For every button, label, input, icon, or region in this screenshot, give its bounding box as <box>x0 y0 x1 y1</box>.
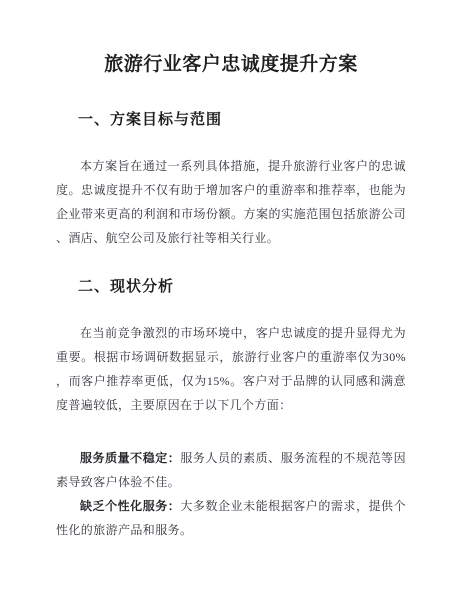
section-2-paragraph: 在当前竞争激烈的市场环境中，客户忠诚度的提升显得尤为重要。根据市场调研数据显示，… <box>56 321 406 417</box>
document-content: 旅游行业客户忠诚度提升方案 一、方案目标与范围 本方案旨在通过一系列具体措施，提… <box>0 51 463 542</box>
issue-item: 服务质量不稳定：服务人员的素质、服务流程的不规范等因素导致客户体验不佳。 <box>56 446 406 494</box>
section-2-heading: 二、现状分析 <box>78 276 406 298</box>
section-1-paragraph: 本方案旨在通过一系列具体措施，提升旅游行业客户的忠诚度。忠诚度提升不仅有助于增加… <box>56 154 406 250</box>
issue-item: 缺乏个性化服务：大多数企业未能根据客户的需求，提供个性化的旅游产品和服务。 <box>56 494 406 542</box>
document-page: 旅游行业客户忠诚度提升方案 一、方案目标与范围 本方案旨在通过一系列具体措施，提… <box>0 0 463 600</box>
issue-term: 缺乏个性化服务： <box>80 499 180 513</box>
section-1-heading: 一、方案目标与范围 <box>78 109 406 131</box>
document-title: 旅游行业客户忠诚度提升方案 <box>56 51 406 79</box>
issue-term: 服务质量不稳定： <box>80 451 180 465</box>
issue-list: 服务质量不稳定：服务人员的素质、服务流程的不规范等因素导致客户体验不佳。 缺乏个… <box>56 446 406 542</box>
